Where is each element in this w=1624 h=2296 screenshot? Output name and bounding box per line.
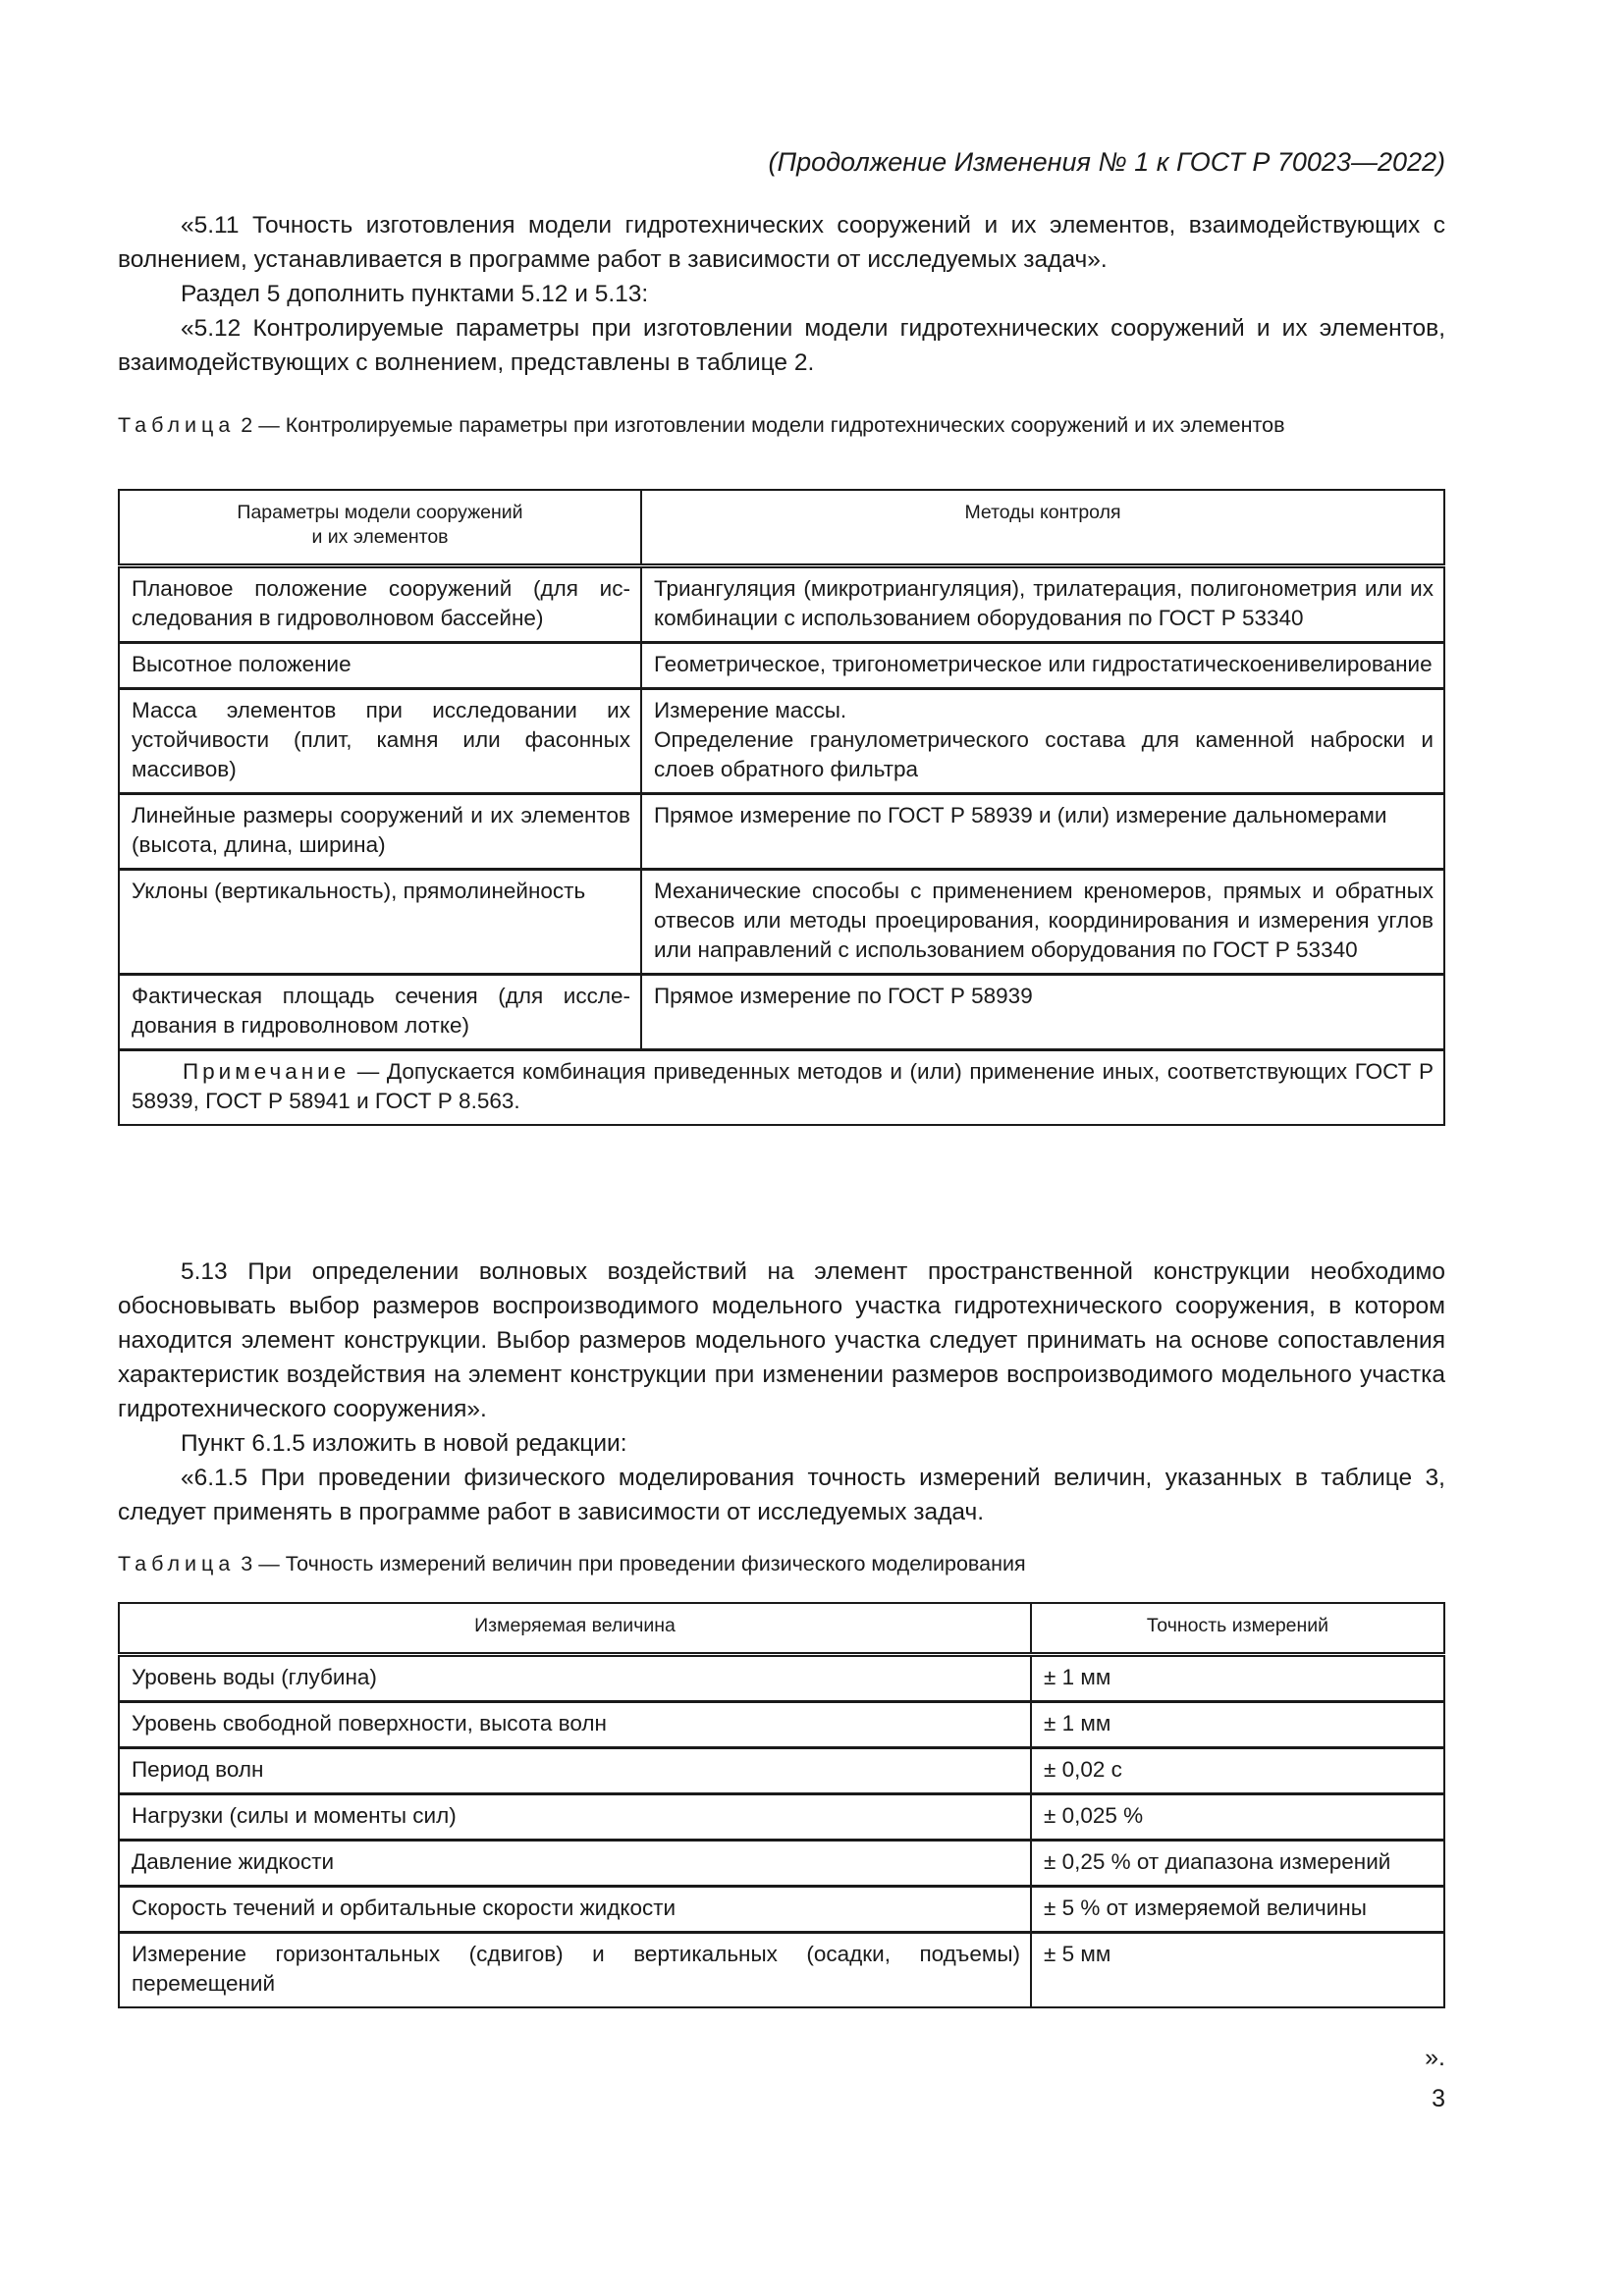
table-cell-parameter: Измерение горизонтальных (сдвигов) и вер… [119,1933,1031,2008]
table3-caption: Таблица 3 — Точность измерений величин п… [118,1549,1445,1578]
table-cell-parameter: Фактическая площадь сечения (для иссле­д… [119,975,641,1050]
mid-text: 5.13 При определении волновых воздействи… [118,1255,1445,1529]
table-cell-value: Триангуляция (микротриангуляция), трилат… [641,566,1444,643]
table-row: Масса элементов при исследовании их усто… [119,689,1444,794]
table-cell-value: ± 5 % от измеряемой величины [1031,1887,1444,1933]
table-cell-parameter: Скорость течений и орбитальные скорости … [119,1887,1031,1933]
table2-header-parameters: Параметры модели сооружений и их элемент… [119,490,641,566]
table-cell-parameter: Уклоны (вертикальность), прямолиней­ност… [119,870,641,975]
table-row: Давление жидкости± 0,25 % от диапазона и… [119,1841,1444,1887]
table-cell-value: ± 5 мм [1031,1933,1444,2008]
paragraph-5-13: 5.13 При определении волновых воздействи… [118,1255,1445,1426]
table-cell-parameter: Период волн [119,1748,1031,1794]
table3-header-accuracy: Точность измерений [1031,1603,1444,1655]
table-row: Нагрузки (силы и моменты сил)± 0,025 % [119,1794,1444,1841]
table2-note-row: Примечание — Допускается комбинация прив… [119,1050,1444,1126]
table-row: Скорость течений и орбитальные скорости … [119,1887,1444,1933]
table-3-measurement-accuracy: Измеряемая величина Точность измерений У… [118,1602,1445,2008]
table2-caption-text: 2 — Контролируемые параметры при изготов… [235,413,1284,437]
table3-caption-text: 3 — Точность измерений величин при прове… [235,1552,1025,1575]
paragraph-6-1-5: «6.1.5 При проведении физического модели… [118,1461,1445,1529]
table-row: Высотное положениеГеометрическое, тригон… [119,643,1444,689]
page-number: 3 [1432,2085,1445,2113]
table-row: Линейные размеры сооружений и их эле­мен… [119,794,1444,870]
intro-text: «5.11 Точность изготовления модели гидро… [118,208,1445,380]
table-cell-parameter: Высотное положение [119,643,641,689]
document-page: (Продолжение Изменения № 1 к ГОСТ Р 7002… [0,0,1624,2296]
closing-quote: ». [1425,2044,1445,2072]
table-cell-parameter: Давление жидкости [119,1841,1031,1887]
table-cell-value: Прямое измерение по ГОСТ Р 58939 [641,975,1444,1050]
table-row: Период волн± 0,02 с [119,1748,1444,1794]
table-row: Измерение горизонтальных (сдвигов) и вер… [119,1933,1444,2008]
table-cell-value: ± 0,02 с [1031,1748,1444,1794]
table2-note: Примечание — Допускается комбинация прив… [119,1050,1444,1126]
paragraph-5-11: «5.11 Точность изготовления модели гидро… [118,208,1445,277]
table-cell-value: ± 0,25 % от диапазона измере­ний [1031,1841,1444,1887]
table2-caption-label: Таблица [118,413,235,437]
note-label: Примечание [183,1059,350,1084]
paragraph-5-12: «5.12 Контролируемые параметры при изгот… [118,311,1445,380]
table-cell-parameter: Масса элементов при исследовании их усто… [119,689,641,794]
paragraph-6-1-5-instruction: Пункт 6.1.5 изложить в новой редакции: [118,1426,1445,1461]
table-cell-value: ± 1 мм [1031,1702,1444,1748]
table-cell-parameter: Уровень свободной поверхности, высота во… [119,1702,1031,1748]
table-row: Уровень воды (глубина)± 1 мм [119,1655,1444,1702]
table-cell-value: Геометрическое, тригонометрическое или г… [641,643,1444,689]
table3-header-quantity: Измеряемая величина [119,1603,1031,1655]
table-cell-parameter: Нагрузки (силы и моменты сил) [119,1794,1031,1841]
table-cell-value: Измерение массы. Определение гранулометр… [641,689,1444,794]
table-row: Уровень свободной поверхности, высота во… [119,1702,1444,1748]
table-row: Уклоны (вертикальность), прямолиней­ност… [119,870,1444,975]
table-cell-parameter: Плановое положение сооружений (для ис­сл… [119,566,641,643]
table2-caption: Таблица 2 — Контролируемые параметры при… [118,410,1445,440]
table-cell-parameter: Линейные размеры сооружений и их эле­мен… [119,794,641,870]
table-cell-value: ± 1 мм [1031,1655,1444,1702]
table3-caption-label: Таблица [118,1552,235,1575]
table-cell-value: ± 0,025 % [1031,1794,1444,1841]
table2-header-methods: Методы контроля [641,490,1444,566]
paragraph-section-5-addition: Раздел 5 дополнить пунктами 5.12 и 5.13: [118,277,1445,311]
table-row: Плановое положение сооружений (для ис­сл… [119,566,1444,643]
table-cell-value: Механические способы с применением крено… [641,870,1444,975]
running-head: (Продолжение Изменения № 1 к ГОСТ Р 7002… [118,145,1445,179]
table-cell-value: Прямое измерение по ГОСТ Р 58939 и (или)… [641,794,1444,870]
table-row: Фактическая площадь сечения (для иссле­д… [119,975,1444,1050]
table-2-controlled-parameters: Параметры модели сооружений и их элемент… [118,489,1445,1126]
table-cell-parameter: Уровень воды (глубина) [119,1655,1031,1702]
